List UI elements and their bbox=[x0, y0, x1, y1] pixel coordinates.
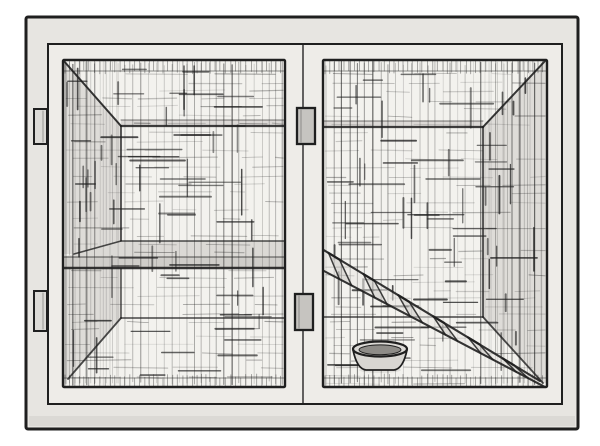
latch bbox=[297, 108, 315, 144]
cage-drawing bbox=[0, 0, 600, 446]
left-door bbox=[63, 60, 285, 387]
latch bbox=[295, 294, 313, 330]
food-bowl bbox=[353, 342, 407, 374]
cage-sketch-svg bbox=[0, 0, 600, 446]
hinge bbox=[34, 291, 47, 331]
hinge bbox=[34, 109, 47, 144]
right-door bbox=[322, 60, 547, 387]
cage-illustration bbox=[0, 0, 600, 446]
